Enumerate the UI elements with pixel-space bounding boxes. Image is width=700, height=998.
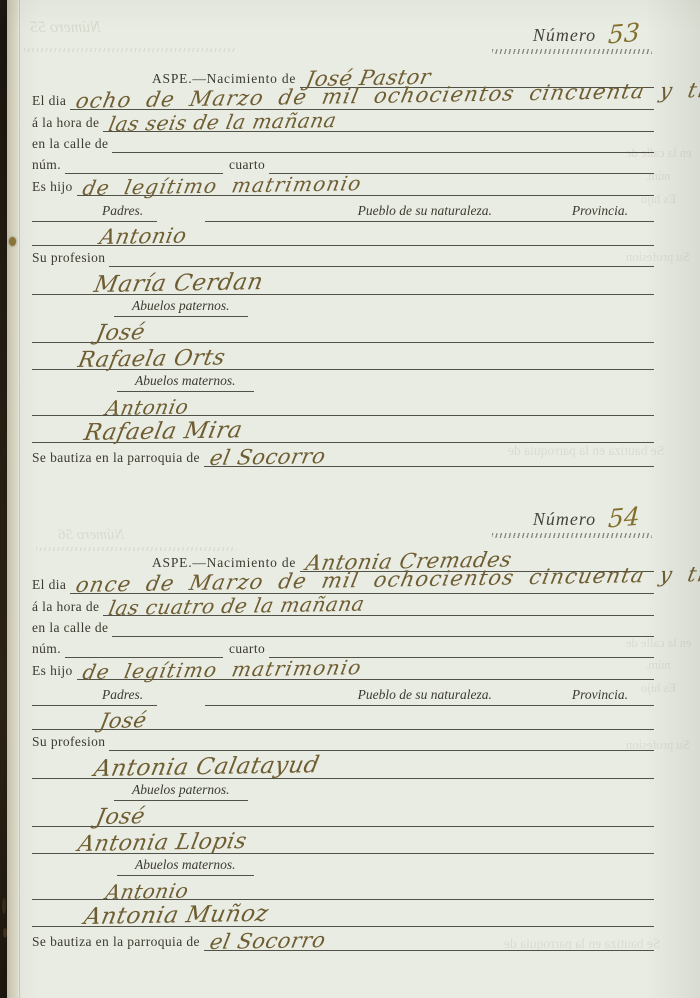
ruled-line: [642, 195, 654, 222]
record-number-row: Número 53: [32, 14, 654, 46]
pueblo-header: Pueblo de su naturaleza.: [344, 687, 506, 706]
padres-header: Padres.: [88, 203, 157, 222]
numero-value: 53: [608, 20, 641, 48]
abuelos-paternos-header: Abuelos paternos.: [114, 782, 248, 801]
filiation-row: Es hijo de legítimo matrimonio: [32, 658, 654, 680]
birth-record: Número 54 ASPE.—Nacimiento de Antonia Cr…: [32, 498, 654, 951]
ruled-line: las seis de la mañana: [103, 109, 654, 132]
paternal-grandmother-value: Antonia Llopis: [76, 831, 249, 856]
abuelos-paternos-header: Abuelos paternos.: [114, 298, 248, 317]
paternal-grandfather-row: José: [32, 801, 654, 827]
num-label: núm.: [32, 641, 65, 658]
book-binding-edge: [0, 0, 7, 998]
street-row: en la calle de: [32, 616, 654, 637]
ruled-line: el Socorro: [204, 926, 654, 951]
ruled-line: [642, 679, 654, 706]
ruled-line: ocho de Marzo de mil ochocientos cincuen…: [70, 87, 654, 110]
filiation-value: de legítimo matrimonio: [81, 173, 364, 198]
bautiza-label: Se bautiza en la parroquia de: [32, 934, 204, 951]
date-row: El dia ocho de Marzo de mil ochocientos …: [32, 88, 654, 110]
el-dia-label: El dia: [32, 93, 70, 110]
record-number-row: Número 54: [32, 498, 654, 530]
ruled-line: José: [32, 316, 654, 343]
filiation-row: Es hijo de legítimo matrimonio: [32, 174, 654, 196]
ruled-line: [109, 245, 654, 267]
mother-row: Antonia Calatayud: [32, 751, 654, 779]
numero-underline: [492, 533, 652, 538]
parish-value: el Socorro: [208, 930, 327, 953]
paternal-grandfather-row: José: [32, 317, 654, 343]
maternal-grandparents-header-row: Abuelos maternos.: [32, 854, 654, 876]
abuelos-maternos-header: Abuelos maternos.: [117, 857, 254, 876]
binding-stitch: [2, 898, 6, 914]
num-label: núm.: [32, 157, 65, 174]
ruled-line: de legítimo matrimonio: [77, 173, 654, 196]
ruled-line: [32, 679, 88, 706]
ruled-line: [269, 636, 654, 658]
cuarto-label: cuarto: [229, 641, 269, 658]
ruled-line: Antonia Llopis: [32, 826, 654, 854]
parents-headers-row: Padres. Pueblo de su naturaleza. Provinc…: [32, 196, 654, 222]
numero-value: 54: [608, 504, 641, 532]
binding-stitch: [9, 237, 16, 246]
ruled-line: Antonio: [32, 221, 654, 246]
es-hijo-label: Es hijo: [32, 663, 77, 680]
ruled-line: once de Marzo de mil ochocientos cincuen…: [70, 571, 654, 594]
cuarto-label: cuarto: [229, 157, 269, 174]
ruled-line: [506, 195, 558, 222]
pueblo-header: Pueblo de su naturaleza.: [344, 203, 506, 222]
numero-label: Número: [533, 509, 596, 530]
provincia-header: Provincia.: [558, 687, 642, 706]
baptism-row: Se bautiza en la parroquia de el Socorro: [32, 927, 654, 951]
ruled-line: José: [32, 705, 654, 730]
parish-value: el Socorro: [208, 446, 327, 469]
ruled-line: [112, 131, 654, 153]
hour-row: á la hora de las cuatro de la mañana: [32, 594, 654, 616]
father-row: Antonio: [32, 222, 654, 246]
el-dia-label: El dia: [32, 577, 70, 594]
ruled-line: las cuatro de la mañana: [103, 593, 654, 616]
numero-label: Número: [533, 25, 596, 46]
paternal-grandparents-header-row: Abuelos paternos.: [32, 779, 654, 801]
birth-record: Número 53 ASPE.—Nacimiento de José Pasto…: [32, 14, 654, 467]
ruled-line: [205, 195, 344, 222]
bautiza-label: Se bautiza en la parroquia de: [32, 450, 204, 467]
numero-underline: [492, 49, 652, 54]
calle-label: en la calle de: [32, 620, 112, 637]
hora-label: á la hora de: [32, 115, 103, 132]
ruled-line: [109, 729, 654, 751]
padres-header: Padres.: [88, 687, 157, 706]
ruled-line: el Socorro: [204, 442, 654, 467]
ruled-line: Antonia Muñoz: [32, 899, 654, 927]
ruled-line: Antonio: [32, 391, 654, 416]
mother-name-value: María Cerdan: [92, 271, 265, 297]
scanned-register-page: Número 55 Número 56 en la calle de núm. …: [0, 0, 700, 998]
ruled-line: [32, 195, 88, 222]
ruled-line: de legítimo matrimonio: [77, 657, 654, 680]
maternal-grandmother-row: Antonia Muñoz: [32, 900, 654, 927]
maternal-grandmother-row: Rafaela Mira: [32, 416, 654, 443]
es-hijo-label: Es hijo: [32, 179, 77, 196]
ruled-line: [112, 615, 654, 637]
baptism-row: Se bautiza en la parroquia de el Socorro: [32, 443, 654, 467]
hora-label: á la hora de: [32, 599, 103, 616]
ruled-line: José: [32, 800, 654, 827]
binding-stitch: [3, 928, 7, 938]
paternal-grandmother-value: Rafaela Orts: [76, 347, 227, 372]
maternal-grandparents-header-row: Abuelos maternos.: [32, 370, 654, 392]
mother-name-value: Antonia Calatayud: [92, 754, 321, 781]
profession-row: Su profesion: [32, 730, 654, 751]
su-profesion-label: Su profesion: [32, 734, 109, 751]
paternal-grandmother-row: Rafaela Orts: [32, 343, 654, 370]
ruled-line: Antonio: [32, 875, 654, 900]
ruled-line: [65, 636, 223, 658]
abuelos-maternos-header: Abuelos maternos.: [117, 373, 254, 392]
calle-label: en la calle de: [32, 136, 112, 153]
provincia-header: Provincia.: [558, 203, 642, 222]
ruled-line: [269, 152, 654, 174]
ruled-line: Rafaela Mira: [32, 415, 654, 443]
date-row: El dia once de Marzo de mil ochocientos …: [32, 572, 654, 594]
father-row: José: [32, 706, 654, 730]
page-crease: [19, 0, 20, 998]
ruled-line: Antonia Calatayud: [32, 750, 654, 779]
su-profesion-label: Su profesion: [32, 250, 109, 267]
ruled-line: [506, 679, 558, 706]
mother-row: María Cerdan: [32, 267, 654, 295]
street-row: en la calle de: [32, 132, 654, 153]
maternal-grandfather-row: Antonio: [32, 876, 654, 900]
profession-row: Su profesion: [32, 246, 654, 267]
ruled-line: [65, 152, 223, 174]
hour-row: á la hora de las seis de la mañana: [32, 110, 654, 132]
maternal-grandfather-row: Antonio: [32, 392, 654, 416]
filiation-value: de legítimo matrimonio: [81, 657, 364, 682]
ruled-line: Rafaela Orts: [32, 342, 654, 370]
underpage-edge: [7, 0, 18, 998]
ruled-line: [205, 679, 344, 706]
paternal-grandmother-row: Antonia Llopis: [32, 827, 654, 854]
parents-headers-row: Padres. Pueblo de su naturaleza. Provinc…: [32, 680, 654, 706]
ruled-line: María Cerdan: [32, 266, 654, 295]
paternal-grandparents-header-row: Abuelos paternos.: [32, 295, 654, 317]
